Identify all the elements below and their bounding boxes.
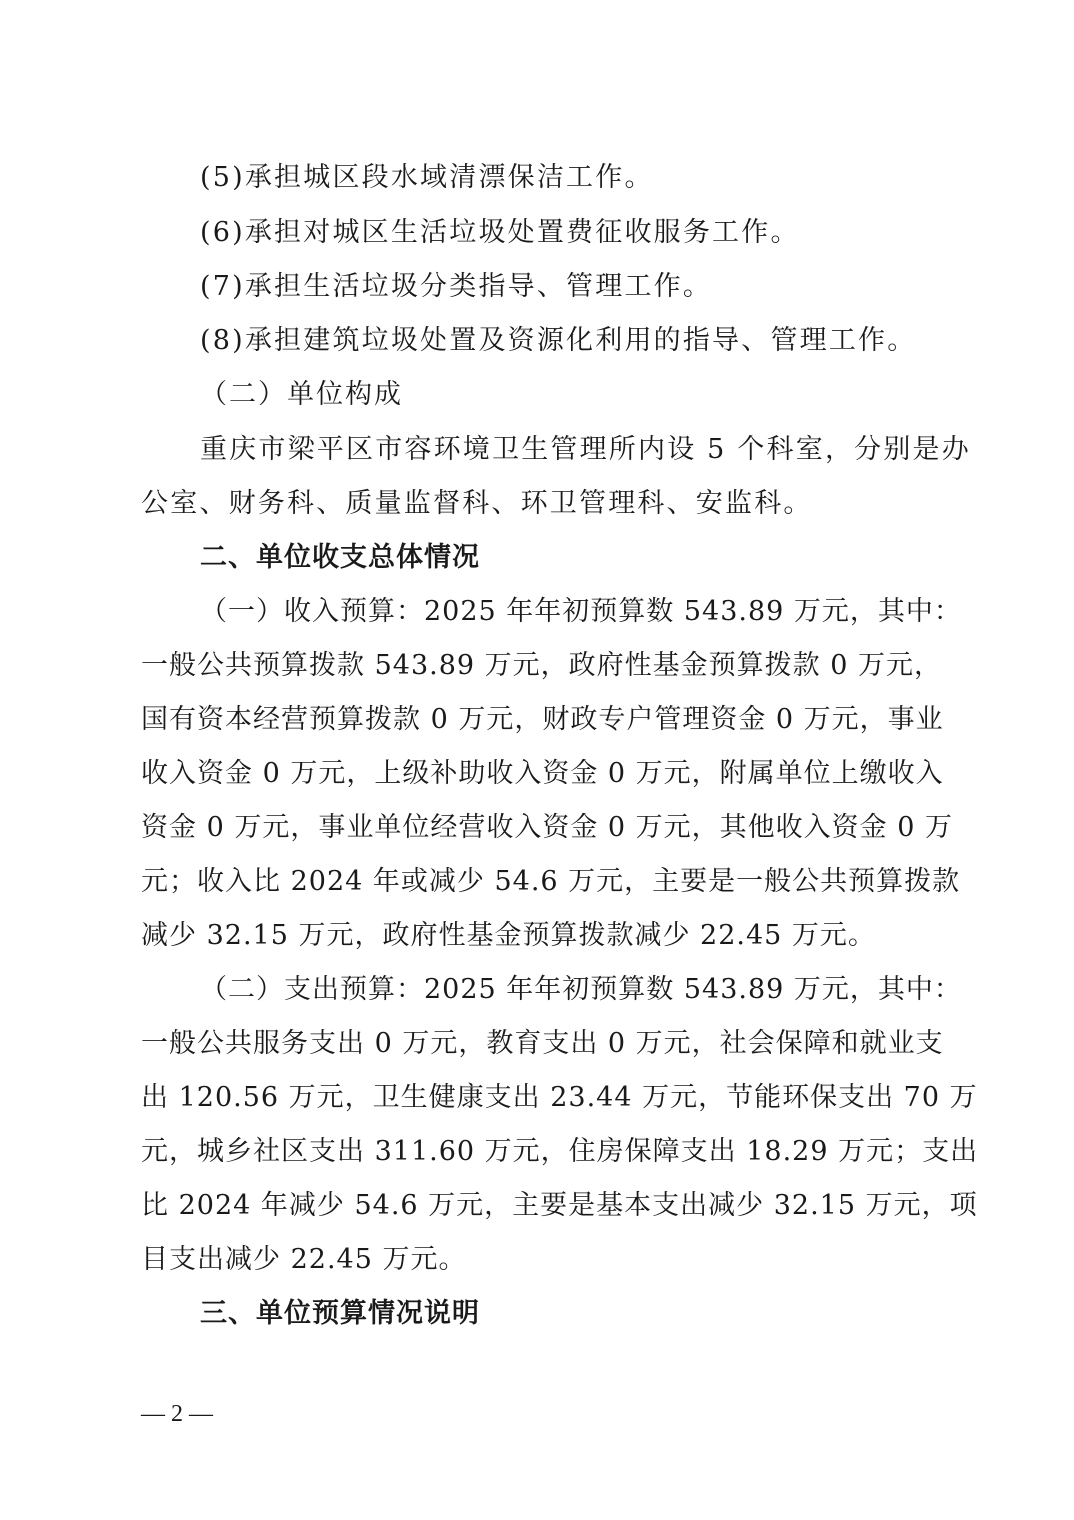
income-line-4: 收入资金 0 万元，上级补助收入资金 0 万元，附属单位上缴收入 bbox=[141, 754, 941, 794]
duty-item-5: (5)承担城区段水域清漂保洁工作。 bbox=[200, 158, 1000, 198]
expenditure-line-5: 比 2024 年减少 54.6 万元，主要是基本支出减少 32.15 万元，项 bbox=[141, 1186, 941, 1226]
income-line-3: 国有资本经营预算拨款 0 万元，财政专户管理资金 0 万元，事业 bbox=[141, 700, 941, 740]
document-page: (5)承担城区段水域清漂保洁工作。 (6)承担对城区生活垃圾处置费征收服务工作。… bbox=[0, 0, 1074, 1520]
income-line-5: 资金 0 万元，事业单位经营收入资金 0 万元，其他收入资金 0 万 bbox=[141, 808, 941, 848]
income-line-2: 一般公共预算拨款 543.89 万元，政府性基金预算拨款 0 万元， bbox=[141, 646, 941, 686]
income-line-7: 减少 32.15 万元，政府性基金预算拨款减少 22.45 万元。 bbox=[141, 916, 941, 956]
duty-item-6: (6)承担对城区生活垃圾处置费征收服务工作。 bbox=[200, 213, 1000, 253]
income-line-6: 元；收入比 2024 年或减少 54.6 万元，主要是一般公共预算拨款 bbox=[141, 862, 941, 902]
section-two-heading: 二、单位收支总体情况 bbox=[200, 538, 1000, 578]
unit-composition-title: （二）单位构成 bbox=[200, 375, 1000, 415]
income-line-1: （一）收入预算：2025 年年初预算数 543.89 万元，其中： bbox=[200, 592, 1000, 632]
expenditure-line-6: 目支出减少 22.45 万元。 bbox=[141, 1240, 941, 1280]
unit-composition-line-1: 重庆市梁平区市容环境卫生管理所内设 5 个科室，分别是办 bbox=[200, 430, 940, 470]
page-number: — 2 — bbox=[141, 1396, 213, 1432]
duty-item-8: (8)承担建筑垃圾处置及资源化利用的指导、管理工作。 bbox=[200, 321, 1000, 361]
expenditure-line-1: （二）支出预算：2025 年年初预算数 543.89 万元，其中： bbox=[200, 970, 1000, 1010]
duty-item-7: (7)承担生活垃圾分类指导、管理工作。 bbox=[200, 267, 1000, 307]
section-three-heading: 三、单位预算情况说明 bbox=[200, 1294, 1000, 1334]
expenditure-line-4: 元，城乡社区支出 311.60 万元，住房保障支出 18.29 万元；支出 bbox=[141, 1132, 941, 1172]
expenditure-line-3: 出 120.56 万元，卫生健康支出 23.44 万元，节能环保支出 70 万 bbox=[141, 1078, 941, 1118]
expenditure-line-2: 一般公共服务支出 0 万元，教育支出 0 万元，社会保障和就业支 bbox=[141, 1024, 941, 1064]
unit-composition-line-2: 公室、财务科、质量监督科、环卫管理科、安监科。 bbox=[141, 484, 941, 524]
